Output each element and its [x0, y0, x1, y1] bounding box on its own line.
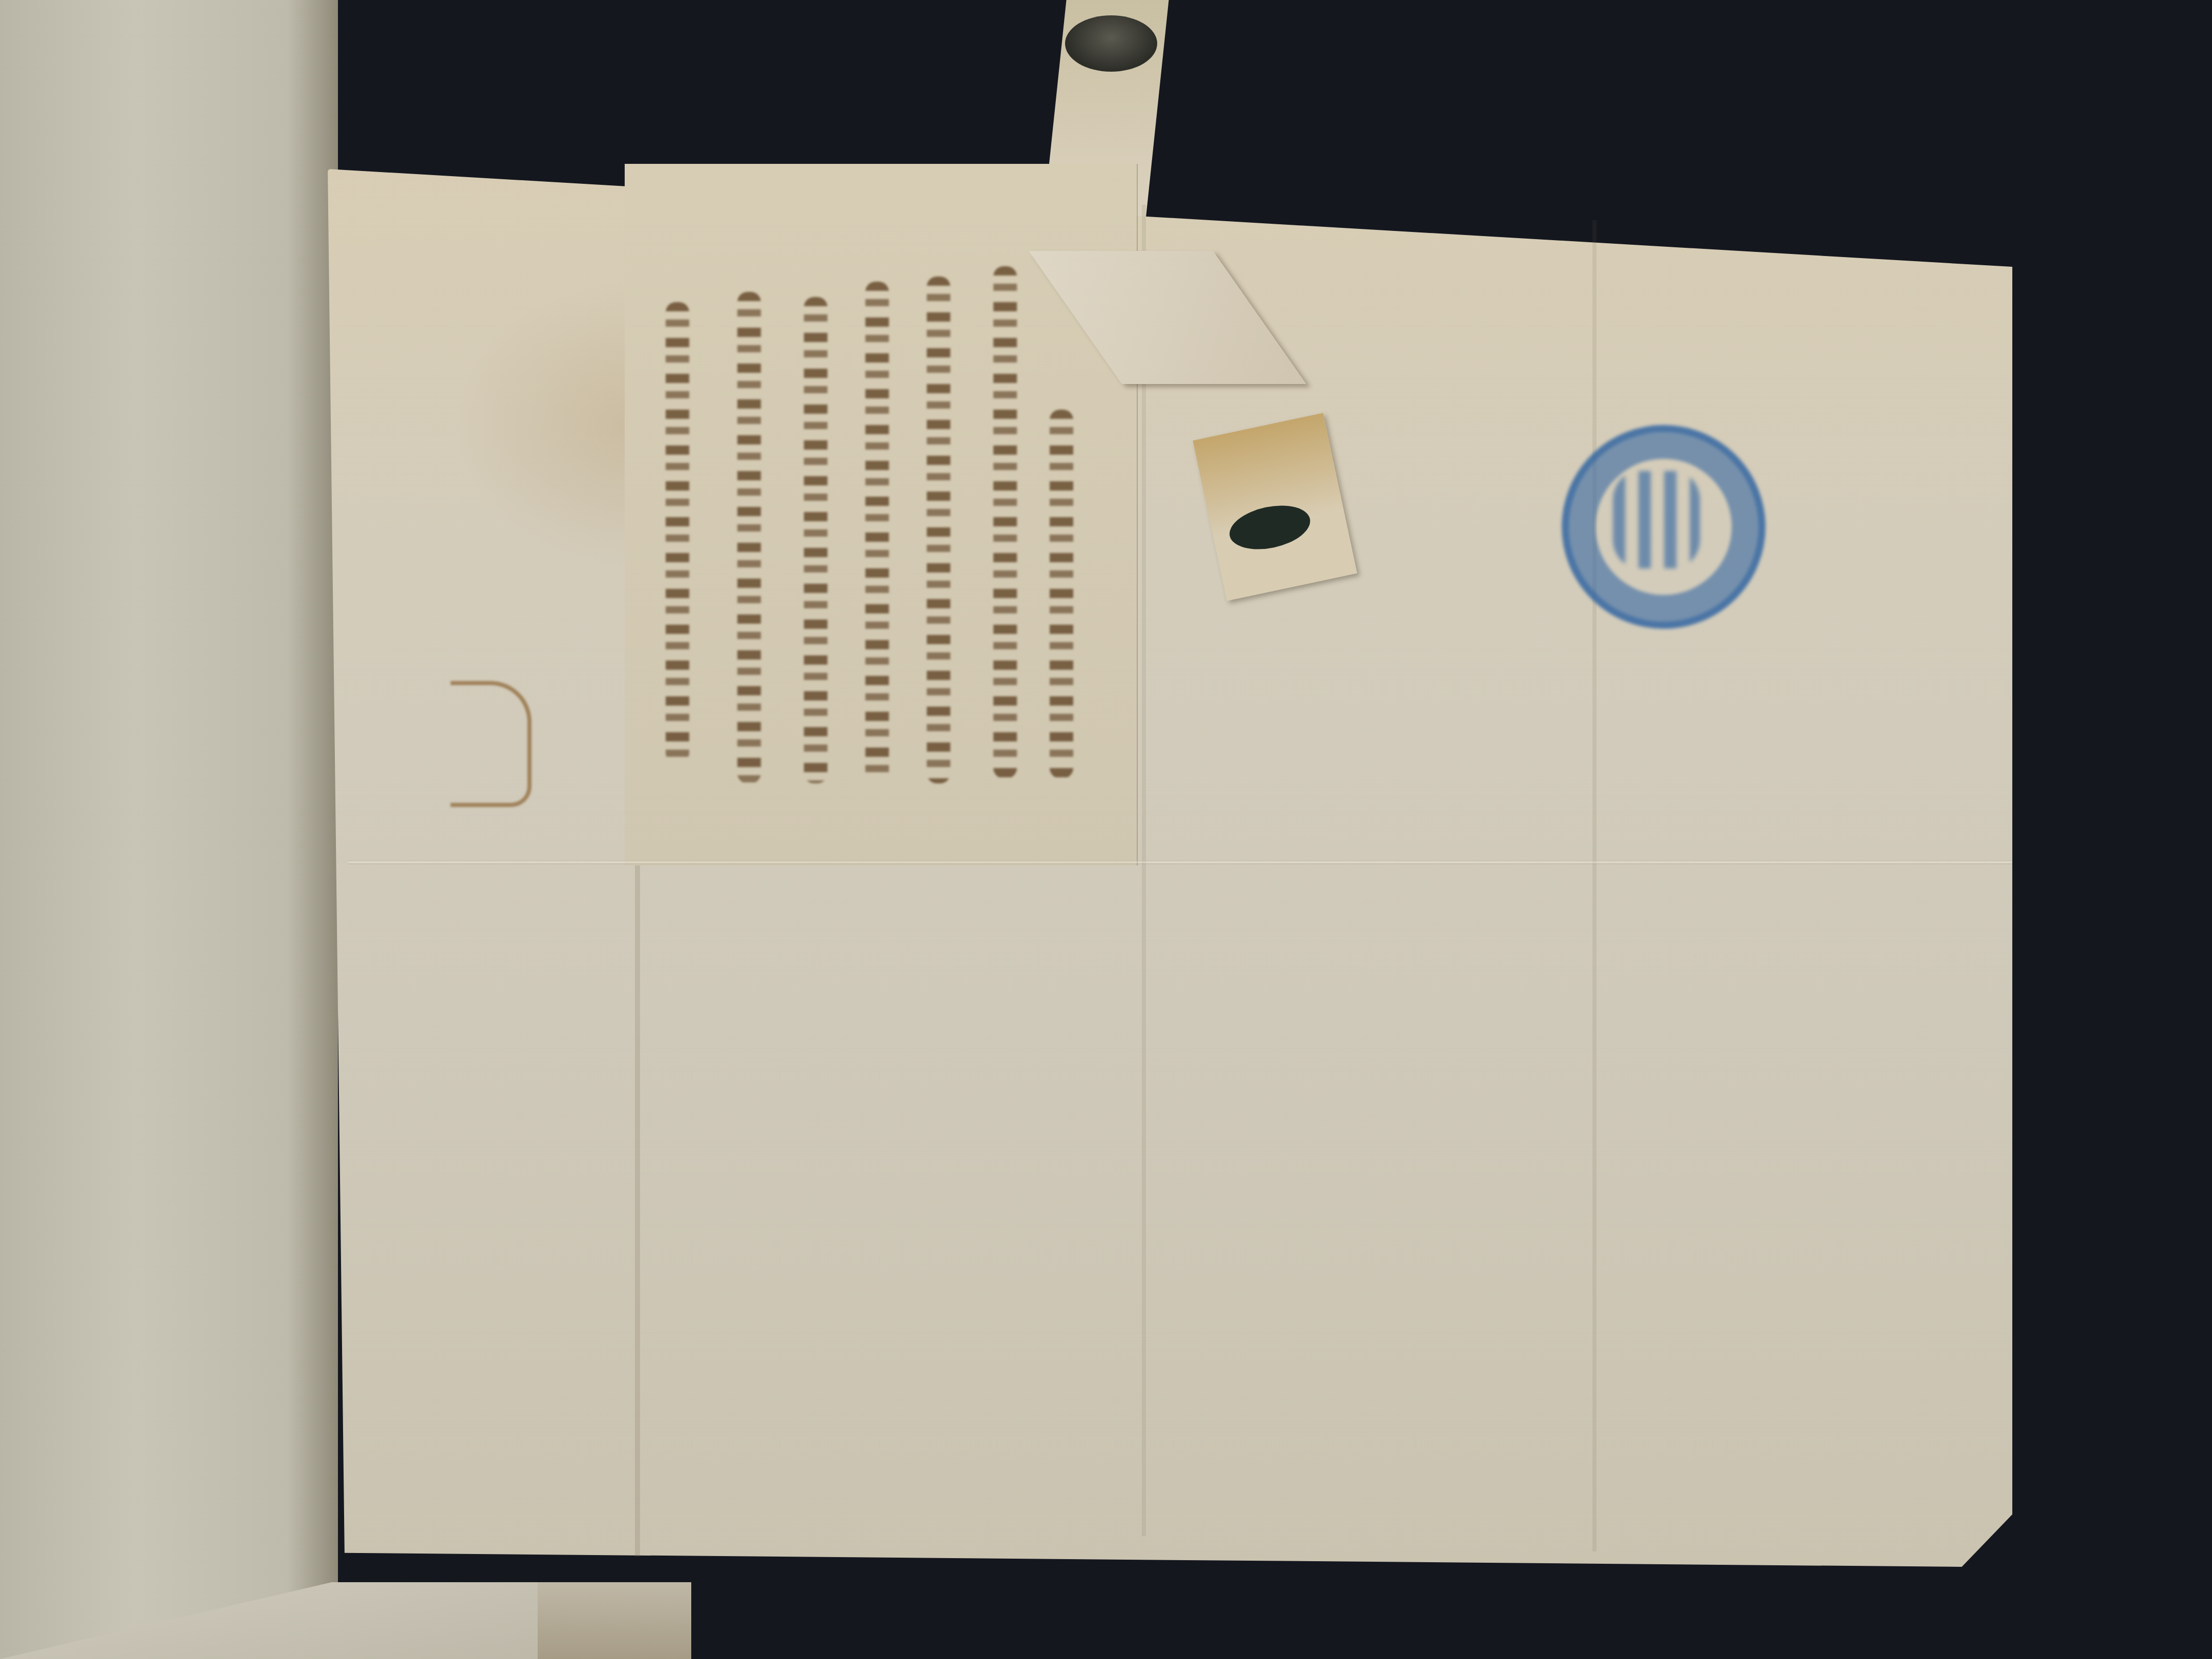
fold-line	[348, 860, 2012, 864]
script-line	[1050, 410, 1073, 778]
script-line	[666, 302, 689, 763]
book-edge	[538, 1582, 691, 1659]
signature-flourish	[451, 681, 531, 807]
script-line	[737, 292, 761, 783]
left-book-page	[0, 0, 338, 1659]
archive-stamp-text	[1613, 471, 1700, 568]
wax-seal-icon	[1065, 15, 1157, 72]
script-line	[804, 297, 827, 783]
script-line	[993, 266, 1017, 778]
script-line	[927, 276, 950, 783]
script-line	[865, 282, 889, 783]
fold-line	[1142, 205, 1146, 1536]
fold-line	[1592, 220, 1597, 1551]
